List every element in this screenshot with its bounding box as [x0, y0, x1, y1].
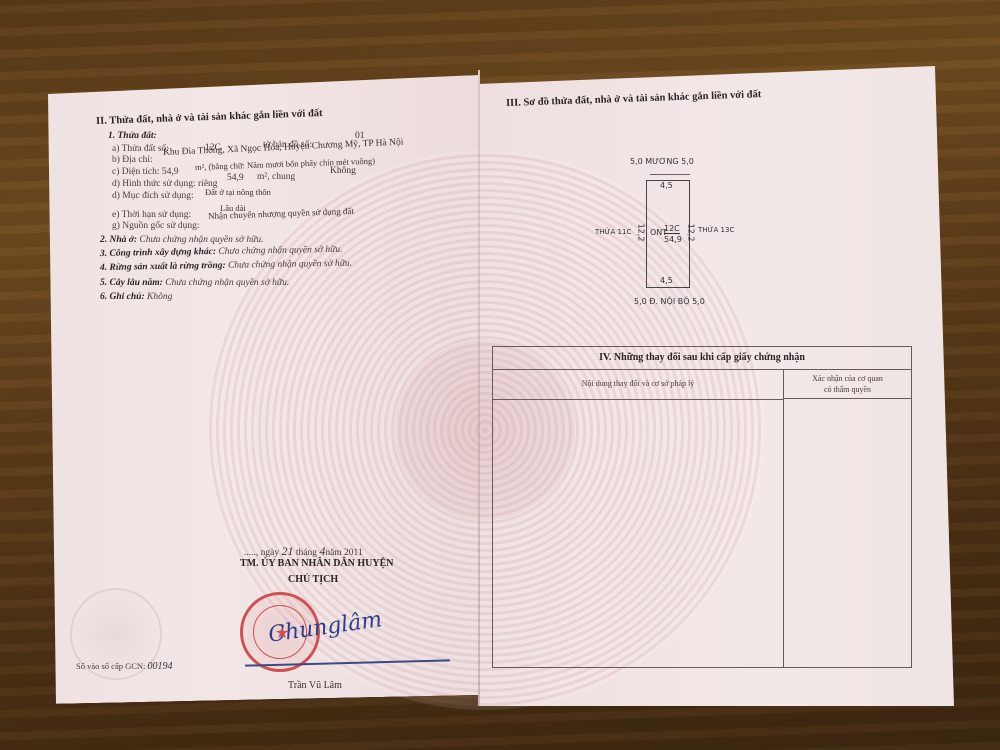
land-heading: 1. Thửa đất: [108, 131, 157, 141]
sketch-right-neighbor: THỬA 13C [698, 226, 734, 234]
usage-purpose-label: d) Mục đích sử dụng: [112, 191, 194, 201]
sketch-right-edge: 12,2 [686, 224, 695, 242]
road-line [650, 174, 690, 175]
sketch-top-edge: 4,5 [660, 181, 673, 190]
sketch-top-label: 5,0 MƯƠNG 5,0 [630, 157, 694, 166]
authority-title: TM. ỦY BAN NHÂN DÂN HUYỆN [240, 558, 394, 569]
usage-term-label: e) Thời hạn sử dụng: [112, 210, 191, 220]
item-house: 2. Nhà ở: Chưa chứng nhận quyền sở hữu. [100, 235, 263, 245]
usage-form-label: d) Hình thức sử dụng: riêng [112, 179, 218, 189]
parcel-number-label: a) Thửa đất số: [112, 144, 169, 154]
item-perennial-trees: 5. Cây lâu năm: Chưa chứng nhận quyền sở… [100, 278, 289, 288]
usage-origin-label: g) Nguồn gốc sử dụng: [112, 221, 199, 231]
item-notes: 6. Ghi chú: Không [100, 292, 172, 302]
page-fold [478, 70, 480, 706]
sketch-left-edge: 12,2 [636, 224, 645, 242]
area-label: c) Diện tích: 54,9 [112, 167, 178, 177]
issue-date: ....., ngày 21 tháng 4năm 2011 [244, 544, 363, 559]
usage-shared-value: Không [330, 166, 356, 176]
sketch-bottom-label: 5,0 Đ. NỘI BỘ 5,0 [634, 297, 705, 306]
sketch-bottom-edge: 4,5 [660, 276, 673, 285]
sketch-left-neighbor: THỬA 11C [595, 228, 631, 236]
address-label: b) Địa chỉ: [112, 155, 153, 165]
registry-number: Số vào sổ cấp GCN: 00194 [76, 661, 173, 672]
sketch-parcel-area: 54,9 [664, 235, 682, 244]
position-title: CHỦ TỊCH [288, 574, 338, 585]
usage-private-value: 54,9 [227, 173, 244, 183]
changes-col-confirmation-header: Xác nhận của cơ quan có thẩm quyền [783, 369, 911, 399]
usage-shared-label: m², chung [257, 172, 295, 182]
changes-col-content-header: Nội dung thay đổi và cơ sở pháp lý [493, 369, 783, 400]
signer-name: Trần Vũ Lâm [288, 680, 342, 691]
changes-table: IV. Những thay đổi sau khi cấp giấy chứn… [492, 346, 912, 668]
changes-table-divider [783, 399, 784, 667]
usage-purpose-value: Đất ở tại nông thôn [205, 187, 271, 197]
sketch-parcel-number: 12C [664, 224, 680, 234]
changes-table-title: IV. Những thay đổi sau khi cấp giấy chứn… [493, 347, 911, 370]
